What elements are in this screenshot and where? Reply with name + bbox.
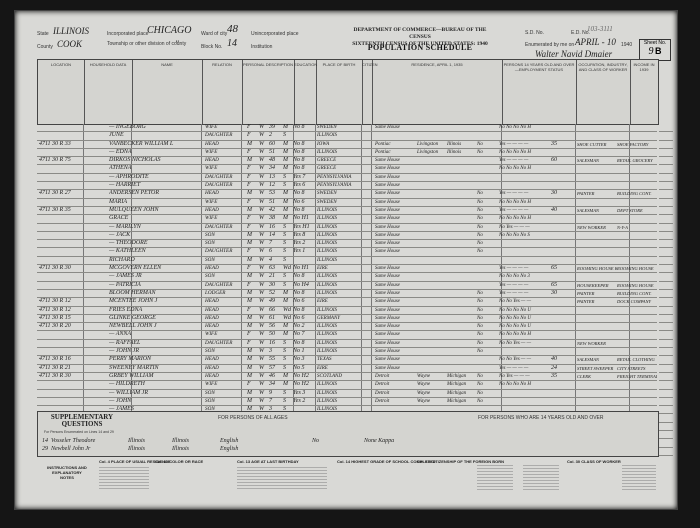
county-value: COOK (57, 39, 82, 49)
column-divider (361, 157, 362, 164)
cell-name: — Anna (109, 331, 199, 338)
col-residence-1935: RESIDENCE, APRIL 1, 1935 (372, 60, 502, 67)
cell-res: Detroit (375, 381, 415, 388)
enumerated-label: Enumerated by me on (525, 42, 574, 48)
column-divider (315, 257, 316, 264)
column-divider (83, 257, 84, 264)
cell-res: Detroit (375, 398, 415, 405)
cell-rel: Head (205, 141, 241, 148)
cell-sch: No 8 (293, 273, 311, 280)
table-row: — AphroditeDaughterFW13SYes 7Pennsylvani… (37, 174, 657, 182)
column-divider (201, 381, 202, 388)
cell-rel: Son (205, 232, 241, 239)
column-divider (575, 315, 576, 322)
cell-ms: Wd (283, 265, 291, 272)
cell-ms: M (283, 290, 291, 297)
line-number (659, 265, 673, 273)
county-label: County (37, 44, 53, 50)
cell-rel: Daughter (205, 132, 241, 139)
column-divider (201, 174, 202, 181)
column-divider (575, 390, 576, 397)
column-divider (83, 340, 84, 347)
cell-sch: No 6 (293, 298, 311, 305)
cell-ms: S (283, 356, 291, 363)
cell-bp: Germany (317, 315, 361, 322)
column-divider (629, 132, 630, 139)
note-text (477, 463, 513, 491)
cell-emp: No No No No H (499, 199, 559, 206)
column-divider (361, 174, 362, 181)
cell-sch: No H2 (293, 373, 311, 380)
column-divider (315, 215, 316, 222)
column-divider (241, 232, 242, 239)
column-divider (315, 315, 316, 322)
column-divider (371, 365, 372, 372)
column-divider (575, 381, 576, 388)
column-divider (83, 124, 84, 131)
column-divider (201, 298, 202, 305)
column-divider (241, 290, 242, 297)
cell-rel: Head (205, 298, 241, 305)
line-number (659, 315, 673, 323)
cell-bp: Illinois (317, 331, 361, 338)
cell-ind: Shoe Factory (617, 141, 657, 148)
cell-emp: Yes — — — — (499, 207, 559, 214)
cell-sex: F (247, 307, 255, 314)
cell-occ: Shoe Cutter (577, 141, 617, 148)
cell-sex: F (247, 215, 255, 222)
cell-age: 66 (269, 307, 281, 314)
column-divider (241, 390, 242, 397)
cell-race: W (259, 282, 267, 289)
cell-sch: No 6 (293, 315, 311, 322)
cell-ms: M (283, 141, 291, 148)
cell-ms: S (283, 282, 291, 289)
table-row: — HarrietDaughterFW12SYes 6PennsylvaniaS… (37, 182, 657, 190)
column-divider (83, 132, 84, 139)
column-divider (315, 240, 316, 247)
sheet-number: 9 (649, 46, 654, 57)
column-divider (361, 356, 362, 363)
cell-res: Same House (375, 348, 415, 355)
cell-ms: M (283, 199, 291, 206)
column-divider (201, 132, 202, 139)
census-sheet: State ILLINOIS County COOK Incorporated … (14, 10, 678, 510)
cell-sex: M (247, 373, 255, 380)
column-divider (371, 348, 372, 355)
cell-res: Same House (375, 356, 415, 363)
column-divider (361, 365, 362, 372)
cell-name: Dirkos Nicholas (109, 157, 199, 164)
cell-occ: Street Sweeper (577, 365, 617, 372)
supp-mother-bp: Illinois (172, 438, 189, 444)
cell-rel: Son (205, 348, 241, 355)
column-divider (371, 248, 372, 255)
column-divider (241, 132, 242, 139)
column-divider (293, 257, 294, 264)
cell-st: No (477, 240, 507, 247)
column-divider (361, 224, 362, 231)
column-divider (361, 398, 362, 405)
cell-sch: No 7 (293, 331, 311, 338)
cell-res: Same House (375, 298, 415, 305)
cell-rel: Daughter (205, 248, 241, 255)
line-number (659, 149, 673, 157)
cell-sch: Yes 2 (293, 240, 311, 247)
column-divider (371, 224, 372, 231)
column-divider (315, 373, 316, 380)
cell-sex: F (247, 224, 255, 231)
col-relation: RELATION (202, 60, 242, 67)
column-divider (361, 323, 362, 330)
line-number (659, 207, 673, 215)
col-birthplace: PLACE OF BIRTH (316, 60, 362, 67)
supp-father-bp: Illinois (128, 446, 145, 452)
table-row: 4711 30 R 20Newbell John JHeadMW56MNo 2I… (37, 323, 657, 331)
cell-loc: 4711 30 R 16 (39, 356, 89, 363)
column-divider (371, 257, 372, 264)
table-row: JuneDaughterFW2SIllinois (37, 132, 657, 140)
cell-occ: Painter (577, 190, 617, 197)
cell-age: 52 (269, 290, 281, 297)
column-divider (241, 257, 242, 264)
column-divider (83, 273, 84, 280)
column-divider (575, 282, 576, 289)
column-divider (371, 182, 372, 189)
cell-res: Same House (375, 165, 415, 172)
column-divider (629, 307, 630, 314)
table-row: AthenaWifeFW34MNo 8GreeceSame HouseNo No… (37, 165, 657, 173)
column-divider (629, 232, 630, 239)
cell-age: 21 (269, 273, 281, 280)
cell-bp: Greece (317, 157, 361, 164)
column-divider (629, 331, 630, 338)
column-divider (629, 323, 630, 330)
column-divider (371, 307, 372, 314)
column-divider (83, 224, 84, 231)
cell-bp: Eire (317, 365, 361, 372)
column-divider (83, 215, 84, 222)
column-divider (575, 174, 576, 181)
column-divider (629, 348, 630, 355)
col-citizen: CITIZEN (362, 60, 372, 67)
cell-race: W (259, 182, 267, 189)
cell-bp: Iowa (317, 141, 361, 148)
cell-sex: F (247, 199, 255, 206)
column-divider (361, 282, 362, 289)
column-divider (201, 149, 202, 156)
cell-age: 63 (269, 265, 281, 272)
cell-sex: F (247, 248, 255, 255)
cell-ms: S (283, 224, 291, 231)
cell-race: W (259, 365, 267, 372)
table-row: — RaffaelDaughterFW16SNo 8IllinoisSame H… (37, 340, 657, 348)
cell-bp: Scotland (317, 373, 361, 380)
column-divider (361, 190, 362, 197)
cell-ms: M (283, 331, 291, 338)
table-row: — James JrSonMW21SNo 8IllinoisSame House… (37, 273, 657, 281)
column-divider (83, 348, 84, 355)
section-all-ages: FOR PERSONS OF ALL AGES (218, 415, 288, 421)
cell-emp: No No No No S (499, 232, 559, 239)
cell-occ: Salesman (577, 157, 617, 164)
table-row: MariaWifeFW51MNo 6SwedenSame HouseNoNo N… (37, 199, 657, 207)
cell-name: Newbell John J (109, 323, 199, 330)
cell-age: 7 (269, 240, 281, 247)
cell-sex: M (247, 190, 255, 197)
column-divider (575, 165, 576, 172)
col-personal: PERSONAL DESCRIPTION (242, 60, 294, 67)
cell-res: Same House (375, 157, 415, 164)
cell-city: Livingston (417, 141, 447, 148)
cell-sex: M (247, 315, 255, 322)
column-divider (83, 149, 84, 156)
line-number (659, 398, 673, 406)
column-divider (241, 199, 242, 206)
column-divider (629, 149, 630, 156)
cell-rel: Son (205, 398, 241, 405)
cell-age: 34 (269, 165, 281, 172)
cell-res: Detroit (375, 390, 415, 397)
line-number (659, 448, 673, 456)
column-divider (361, 165, 362, 172)
column-divider (315, 340, 316, 347)
column-divider (315, 165, 316, 172)
cell-ms: M (283, 190, 291, 197)
column-divider (83, 174, 84, 181)
cell-name: Perry Marion (109, 356, 199, 363)
cell-res: Same House (375, 199, 415, 206)
supplementary-questions: SUPPLEMENTARY QUESTIONS For Persons Enum… (37, 411, 659, 457)
cell-race: W (259, 257, 267, 264)
table-row: — HildrethWifeFW34MNo H2IllinoisDetroitW… (37, 381, 657, 389)
cell-bp: Illinois (317, 132, 361, 139)
line-number (659, 348, 673, 356)
note-text (622, 463, 656, 491)
column-divider (629, 240, 630, 247)
cell-loc: 4711 30 R 27 (39, 190, 89, 197)
supp-line: 14 (42, 438, 48, 444)
column-divider (629, 174, 630, 181)
column-divider (575, 265, 576, 272)
column-divider (371, 240, 372, 247)
column-divider (201, 331, 202, 338)
cell-emp: No Yes — — — (499, 373, 559, 380)
cell-emp: Yes — — — — (499, 141, 559, 148)
cell-sex: F (247, 132, 255, 139)
column-divider (575, 340, 576, 347)
line-number (659, 414, 673, 422)
line-number (659, 406, 673, 414)
cell-bp: Illinois (317, 240, 361, 247)
column-divider (361, 265, 362, 272)
column-divider (575, 273, 576, 280)
column-divider (361, 257, 362, 264)
cell-sex: M (247, 232, 255, 239)
cell-co: Michigan (447, 398, 477, 405)
column-divider (629, 215, 630, 222)
cell-rel: Head (205, 190, 241, 197)
column-divider (201, 215, 202, 222)
column-divider (83, 240, 84, 247)
column-divider (361, 240, 362, 247)
column-divider (371, 190, 372, 197)
column-divider (315, 323, 316, 330)
cell-occ: Salesman (577, 356, 617, 363)
column-divider (315, 149, 316, 156)
column-divider (201, 265, 202, 272)
column-divider (361, 373, 362, 380)
column-divider (575, 248, 576, 255)
supp-language: English (220, 438, 238, 444)
cell-sex: M (247, 141, 255, 148)
cell-race: W (259, 290, 267, 297)
supp-row-1: 14 Vosseler Theodore Illinois Illinois E… (42, 438, 95, 444)
cell-rel: Head (205, 323, 241, 330)
column-divider (501, 174, 502, 181)
column-divider (371, 273, 372, 280)
cell-name: — James Jr (109, 273, 199, 280)
column-divider (315, 224, 316, 231)
column-divider (629, 381, 630, 388)
cell-name: Grace (109, 215, 199, 222)
cell-ind: City Streets (617, 365, 657, 372)
cell-sch: Yes H1 (293, 224, 311, 231)
cell-emp: Yes — — — — (499, 265, 559, 272)
cell-age: 4 (269, 257, 281, 264)
column-divider (361, 290, 362, 297)
cell-ms: M (283, 323, 291, 330)
column-divider (241, 207, 242, 214)
column-divider (241, 348, 242, 355)
cell-race: W (259, 149, 267, 156)
cell-emp: No Yes — — — (499, 224, 559, 231)
cell-res: Pontiac (375, 141, 415, 148)
column-divider (241, 149, 242, 156)
cell-ind: Rooming House (617, 265, 657, 272)
ward-label: Ward of city (201, 31, 227, 37)
column-divider (629, 340, 630, 347)
cell-emp: Yes — — — — (499, 190, 559, 197)
cell-race: W (259, 165, 267, 172)
cell-race: W (259, 132, 267, 139)
column-divider (575, 373, 576, 380)
column-divider (371, 356, 372, 363)
cell-age: 46 (269, 373, 281, 380)
table-row: — John JrSonMW3SNo 1IllinoisSame HouseNo (37, 348, 657, 356)
cell-sch: Yes 2 (293, 398, 311, 405)
sheet-number-box: Sheet No. 9 B (639, 39, 671, 61)
cell-sch: No H2 (293, 381, 311, 388)
cell-rel: Daughter (205, 174, 241, 181)
cell-rel: Daughter (205, 282, 241, 289)
cell-res: Same House (375, 190, 415, 197)
cell-sch: No 8 (293, 124, 311, 131)
col-occupation: OCCUPATION, INDUSTRY, AND CLASS OF WORKE… (576, 60, 630, 72)
dept-line-1: DEPARTMENT OF COMMERCE—BUREAU OF THE CEN… (345, 27, 495, 41)
cell-rel: Head (205, 356, 241, 363)
cell-race: W (259, 215, 267, 222)
page-title: POPULATION SCHEDULE (345, 43, 495, 52)
column-divider (315, 356, 316, 363)
supp-name: Newbell John Jr (51, 446, 90, 452)
cell-sex: F (247, 282, 255, 289)
cell-sch: No 2 (293, 323, 311, 330)
cell-hrs: 30 (551, 290, 565, 297)
cell-ms: S (283, 257, 291, 264)
table-row: — JohnSonMW7SYes 2IllinoisDetroitWayneMi… (37, 398, 657, 406)
cell-emp: No No Yes — — (499, 356, 559, 363)
column-divider (83, 290, 84, 297)
column-divider (371, 141, 372, 148)
cell-emp: No No No No H (499, 331, 559, 338)
column-divider (629, 124, 630, 131)
line-number (659, 282, 673, 290)
table-row: — PatriciaDaughterFW30SNo H4IllinoisSame… (37, 282, 657, 290)
column-divider (371, 298, 372, 305)
column-divider (201, 165, 202, 172)
cell-ms: M (283, 373, 291, 380)
cell-res: Same House (375, 290, 415, 297)
cell-race: W (259, 331, 267, 338)
state-label: State (37, 31, 49, 37)
cell-race: W (259, 232, 267, 239)
line-number (659, 240, 673, 248)
cell-city: Wayne (417, 373, 447, 380)
column-divider (201, 307, 202, 314)
column-divider (371, 315, 372, 322)
cell-age: 14 (269, 232, 281, 239)
cell-occ: Rooming House Keeper (577, 265, 617, 272)
cell-emp: Yes — — — — (499, 157, 559, 164)
cell-name: — Harriet (109, 182, 199, 189)
column-divider (575, 365, 576, 372)
cell-sex: M (247, 356, 255, 363)
cell-occ: Painter (577, 298, 617, 305)
cell-name: Richard (109, 257, 199, 264)
cell-bp: Texas (317, 356, 361, 363)
cell-sex: M (247, 365, 255, 372)
supplementary-subtitle: For Persons Enumerated on Lines 14 and 2… (44, 430, 114, 434)
cell-bp: Illinois (317, 390, 361, 397)
cell-hrs: 30 (551, 190, 565, 197)
cell-loc: 4711 30 R 35 (39, 207, 89, 214)
supp-row-2: 29 Newbell John Jr Illinois Illinois Eng… (42, 446, 90, 452)
line-number (659, 257, 673, 265)
column-divider (501, 132, 502, 139)
cell-sex: F (247, 331, 255, 338)
cell-rel: Wife (205, 199, 241, 206)
table-row: — JackSonMW14SYes 8IllinoisSame HouseNoN… (37, 232, 657, 240)
column-divider (371, 232, 372, 239)
cell-race: W (259, 240, 267, 247)
cell-rel: Son (205, 257, 241, 264)
cell-res: Same House (375, 365, 415, 372)
column-divider (241, 307, 242, 314)
column-divider (201, 248, 202, 255)
cell-age: 42 (269, 207, 281, 214)
institution-label: Institution (251, 44, 272, 50)
column-divider (575, 307, 576, 314)
column-divider (361, 298, 362, 305)
line-number (659, 199, 673, 207)
cell-sex: F (247, 340, 255, 347)
cell-occ: Salesman (577, 207, 617, 214)
col-household: HOUSEHOLD DATA (84, 60, 132, 67)
cell-bp: Illinois (317, 207, 361, 214)
line-number (659, 298, 673, 306)
cell-age: 61 (269, 315, 281, 322)
